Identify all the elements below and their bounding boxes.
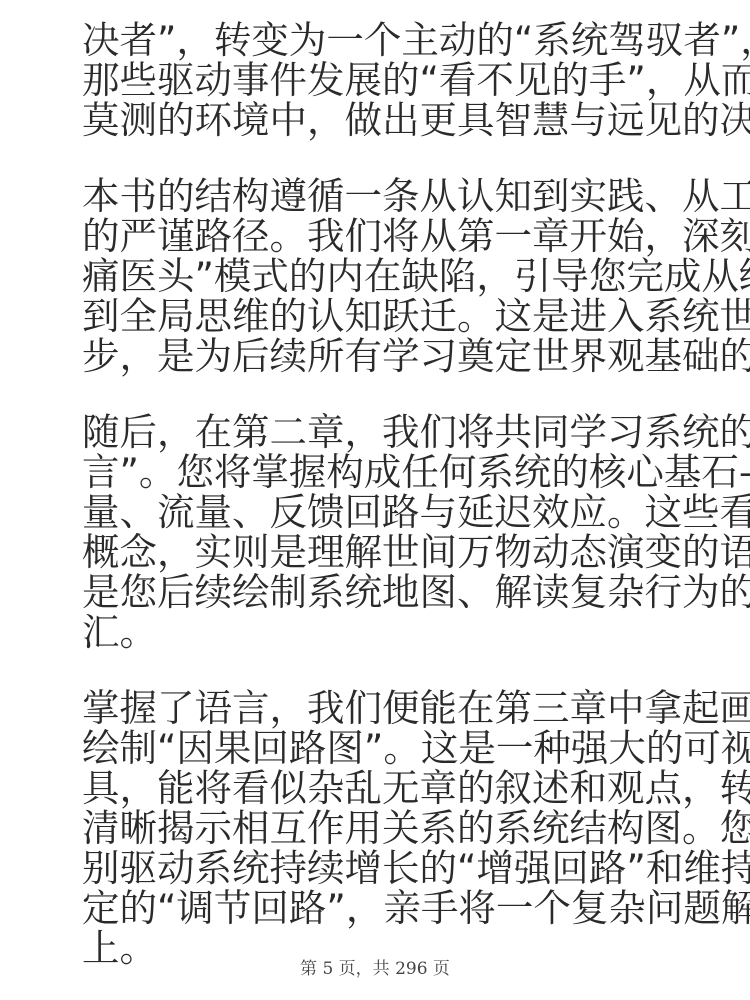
text-line: 定的“调节回路”，亲手将一个复杂问题解构于纸 xyxy=(82,888,692,928)
paragraph-3: 随后，在第二章，我们将共同学习系统的“通用语 言”。您将掌握构成任何系统的核心基… xyxy=(82,412,692,652)
document-page: 决者”，转变为一个主动的“系统驾驭者”，看清 那些驱动事件发展的“看不见的手”，… xyxy=(82,20,692,1000)
text-line: 随后，在第二章，我们将共同学习系统的“通用语 xyxy=(82,412,692,452)
paragraph-1: 决者”，转变为一个主动的“系统驾驭者”，看清 那些驱动事件发展的“看不见的手”，… xyxy=(82,20,692,140)
text-line: 清晰揭示相互作用关系的系统结构图。您将学会识 xyxy=(82,808,692,848)
text-line: 具，能将看似杂乱无章的叙述和观点，转化为一张 xyxy=(82,768,692,808)
paragraph-2: 本书的结构遵循一条从认知到实践、从工具到心智 的严谨路径。我们将从第一章开始，深… xyxy=(82,176,692,376)
text-line: 掌握了语言，我们便能在第三章中拿起画笔，学习 xyxy=(82,688,692,728)
text-line: 别驱动系统持续增长的“增强回路”和维持系统稳 xyxy=(82,848,692,888)
text-line: 到全局思维的认知跃迁。这是进入系统世界的第一 xyxy=(82,296,692,336)
paragraph-4: 掌握了语言，我们便能在第三章中拿起画笔，学习 绘制“因果回路图”。这是一种强大的… xyxy=(82,688,692,968)
page-number-footer: 第 5 页，共 296 页 xyxy=(0,954,750,979)
text-line: 莫测的环境中，做出更具智慧与远见的决策。 xyxy=(82,100,692,140)
text-line: 汇。 xyxy=(82,612,692,652)
text-line: 是您后续绘制系统地图、解读复杂行为的必备词 xyxy=(82,572,692,612)
text-line: 的严谨路径。我们将从第一章开始，深刻剖析“头 xyxy=(82,216,692,256)
text-line: 那些驱动事件发展的“看不见的手”，从而在变幻 xyxy=(82,60,692,100)
text-line: 步，是为后续所有学习奠定世界观基础的关键。 xyxy=(82,336,692,376)
text-line: 概念，实则是理解世间万物动态演变的语法。它们 xyxy=(82,532,692,572)
text-line: 言”。您将掌握构成任何系统的核心基石——存 xyxy=(82,452,692,492)
text-line: 量、流量、反馈回路与延迟效应。这些看似抽象的 xyxy=(82,492,692,532)
text-line: 痛医头”模式的内在缺陷，引导您完成从线性思维 xyxy=(82,256,692,296)
text-line: 本书的结构遵循一条从认知到实践、从工具到心智 xyxy=(82,176,692,216)
text-line: 绘制“因果回路图”。这是一种强大的可视化工 xyxy=(82,728,692,768)
text-line: 决者”，转变为一个主动的“系统驾驭者”，看清 xyxy=(82,20,692,60)
